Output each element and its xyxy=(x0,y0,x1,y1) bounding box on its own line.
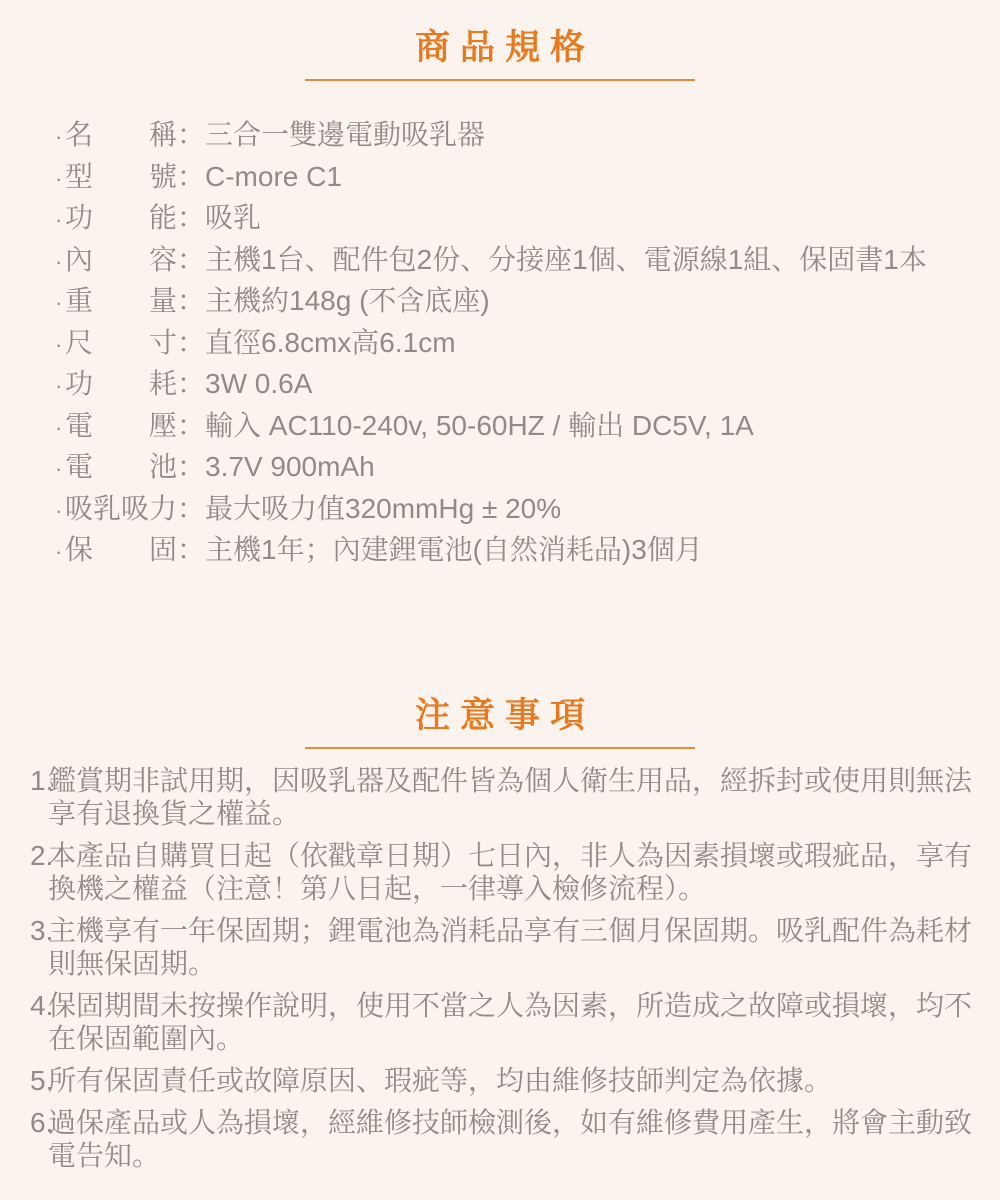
spec-row-warranty: · 保固 ： 主機1年；內建鋰電池(自然消耗品)3個月 xyxy=(55,530,1000,572)
spec-value: 主機1台、配件包2份、分接座1個、電源線1組、保固書1本 xyxy=(205,240,927,280)
bullet-icon: · xyxy=(55,366,65,406)
spec-label: 型號 xyxy=(65,157,177,197)
spec-colon: ： xyxy=(177,240,205,280)
spec-colon: ： xyxy=(177,364,205,404)
note-text: 所有保固責任或故障原因、瑕疵等，均由維修技師判定為依據。 xyxy=(48,1064,978,1097)
spec-label: 尺寸 xyxy=(65,323,177,363)
spec-row-weight: · 重量 ： 主機約148g (不含底座) xyxy=(55,281,1000,323)
spec-value: 吸乳 xyxy=(205,198,261,238)
spec-row-voltage: · 電壓 ： 輸入 AC110-240v, 50-60HZ / 輸出 DC5V,… xyxy=(55,406,1000,448)
spec-row-suction: · 吸乳吸力 ： 最大吸力值320mmHg ± 20% xyxy=(55,489,1000,531)
note-text: 主機享有一年保固期；鋰電池為消耗品享有三個月保固期。吸乳配件為耗材則無保固期。 xyxy=(48,914,978,980)
spec-label: 保固 xyxy=(65,530,177,570)
note-item-3: 3. 主機享有一年保固期；鋰電池為消耗品享有三個月保固期。吸乳配件為耗材則無保固… xyxy=(30,914,1000,980)
note-item-6: 6. 過保產品或人為損壞，經維修技師檢測後，如有維修費用產生，將會主動致電告知。 xyxy=(30,1106,1000,1172)
spec-label: 電池 xyxy=(65,447,177,487)
spec-colon: ： xyxy=(177,157,205,197)
note-item-5: 5. 所有保固責任或故障原因、瑕疵等，均由維修技師判定為依據。 xyxy=(30,1064,1000,1097)
note-text: 過保產品或人為損壞，經維修技師檢測後，如有維修費用產生，將會主動致電告知。 xyxy=(48,1106,978,1172)
spec-section: 商品規格 · 名稱 ： 三合一雙邊電動吸乳器 · 型號 ： C-more C1 … xyxy=(0,26,1000,572)
spec-row-model: · 型號 ： C-more C1 xyxy=(55,157,1000,199)
note-item-2: 2. 本產品自購買日起（依戳章日期）七日內，非人為因素損壞或瑕疵品，享有換機之權… xyxy=(30,839,1000,905)
note-number: 2. xyxy=(30,839,48,872)
notes-section: 注意事項 1. 鑑賞期非試用期，因吸乳器及配件皆為個人衛生用品，經拆封或使用則無… xyxy=(0,694,1000,1172)
spec-colon: ： xyxy=(177,115,205,155)
notes-list: 1. 鑑賞期非試用期，因吸乳器及配件皆為個人衛生用品，經拆封或使用則無法享有退換… xyxy=(0,764,1000,1172)
note-number: 3. xyxy=(30,914,48,947)
notes-title-underline xyxy=(305,747,695,749)
bullet-icon: · xyxy=(55,283,65,323)
spec-value: 主機1年；內建鋰電池(自然消耗品)3個月 xyxy=(205,530,703,570)
spec-row-name: · 名稱 ： 三合一雙邊電動吸乳器 xyxy=(55,115,1000,157)
spec-label: 重量 xyxy=(65,281,177,321)
spec-value: C-more C1 xyxy=(205,157,342,197)
note-item-4: 4. 保固期間未按操作說明，使用不當之人為因素，所造成之故障或損壞，均不在保固範… xyxy=(30,989,1000,1055)
spec-section-title: 商品規格 xyxy=(0,26,1000,70)
bullet-icon: · xyxy=(55,491,65,531)
spec-row-function: · 功能 ： 吸乳 xyxy=(55,198,1000,240)
spec-value: 輸入 AC110-240v, 50-60HZ / 輸出 DC5V, 1A xyxy=(205,406,754,446)
spec-value: 最大吸力值320mmHg ± 20% xyxy=(205,489,561,529)
spec-label: 吸乳吸力 xyxy=(65,489,177,529)
spec-colon: ： xyxy=(177,530,205,570)
bullet-icon: · xyxy=(55,449,65,489)
bullet-icon: · xyxy=(55,159,65,199)
spec-row-power-consumption: · 功耗 ： 3W 0.6A xyxy=(55,364,1000,406)
spec-colon: ： xyxy=(177,406,205,446)
spec-colon: ： xyxy=(177,198,205,238)
spec-list: · 名稱 ： 三合一雙邊電動吸乳器 · 型號 ： C-more C1 · 功能 … xyxy=(0,115,1000,572)
spec-label: 功耗 xyxy=(65,364,177,404)
spec-colon: ： xyxy=(177,447,205,487)
note-number: 5. xyxy=(30,1064,48,1097)
product-spec-page: 商品規格 · 名稱 ： 三合一雙邊電動吸乳器 · 型號 ： C-more C1 … xyxy=(0,0,1000,1200)
note-item-1: 1. 鑑賞期非試用期，因吸乳器及配件皆為個人衛生用品，經拆封或使用則無法享有退換… xyxy=(30,764,1000,830)
note-number: 4. xyxy=(30,989,48,1022)
spec-value: 3W 0.6A xyxy=(205,364,312,404)
bullet-icon: · xyxy=(55,200,65,240)
spec-colon: ： xyxy=(177,489,205,529)
spec-label: 內容 xyxy=(65,240,177,280)
spec-label: 電壓 xyxy=(65,406,177,446)
spec-value: 3.7V 900mAh xyxy=(205,447,375,487)
spec-value: 主機約148g (不含底座) xyxy=(205,281,490,321)
spec-value: 直徑6.8cmx高6.1cm xyxy=(205,323,456,363)
spec-value: 三合一雙邊電動吸乳器 xyxy=(205,115,485,155)
spec-row-dimensions: · 尺寸 ： 直徑6.8cmx高6.1cm xyxy=(55,323,1000,365)
notes-section-title: 注意事項 xyxy=(0,694,1000,738)
note-text: 鑑賞期非試用期，因吸乳器及配件皆為個人衛生用品，經拆封或使用則無法享有退換貨之權… xyxy=(48,764,978,830)
note-number: 1. xyxy=(30,764,48,797)
bullet-icon: · xyxy=(55,532,65,572)
note-text: 本產品自購買日起（依戳章日期）七日內，非人為因素損壞或瑕疵品，享有換機之權益（注… xyxy=(48,839,978,905)
spec-row-contents: · 內容 ： 主機1台、配件包2份、分接座1個、電源線1組、保固書1本 xyxy=(55,240,1000,282)
bullet-icon: · xyxy=(55,408,65,448)
note-text: 保固期間未按操作說明，使用不當之人為因素，所造成之故障或損壞，均不在保固範圍內。 xyxy=(48,989,978,1055)
spec-colon: ： xyxy=(177,281,205,321)
spec-row-battery: · 電池 ： 3.7V 900mAh xyxy=(55,447,1000,489)
bullet-icon: · xyxy=(55,117,65,157)
spec-title-underline xyxy=(305,79,695,81)
spec-colon: ： xyxy=(177,323,205,363)
bullet-icon: · xyxy=(55,325,65,365)
bullet-icon: · xyxy=(55,242,65,282)
note-number: 6. xyxy=(30,1106,48,1139)
spec-label: 功能 xyxy=(65,198,177,238)
spec-label: 名稱 xyxy=(65,115,177,155)
